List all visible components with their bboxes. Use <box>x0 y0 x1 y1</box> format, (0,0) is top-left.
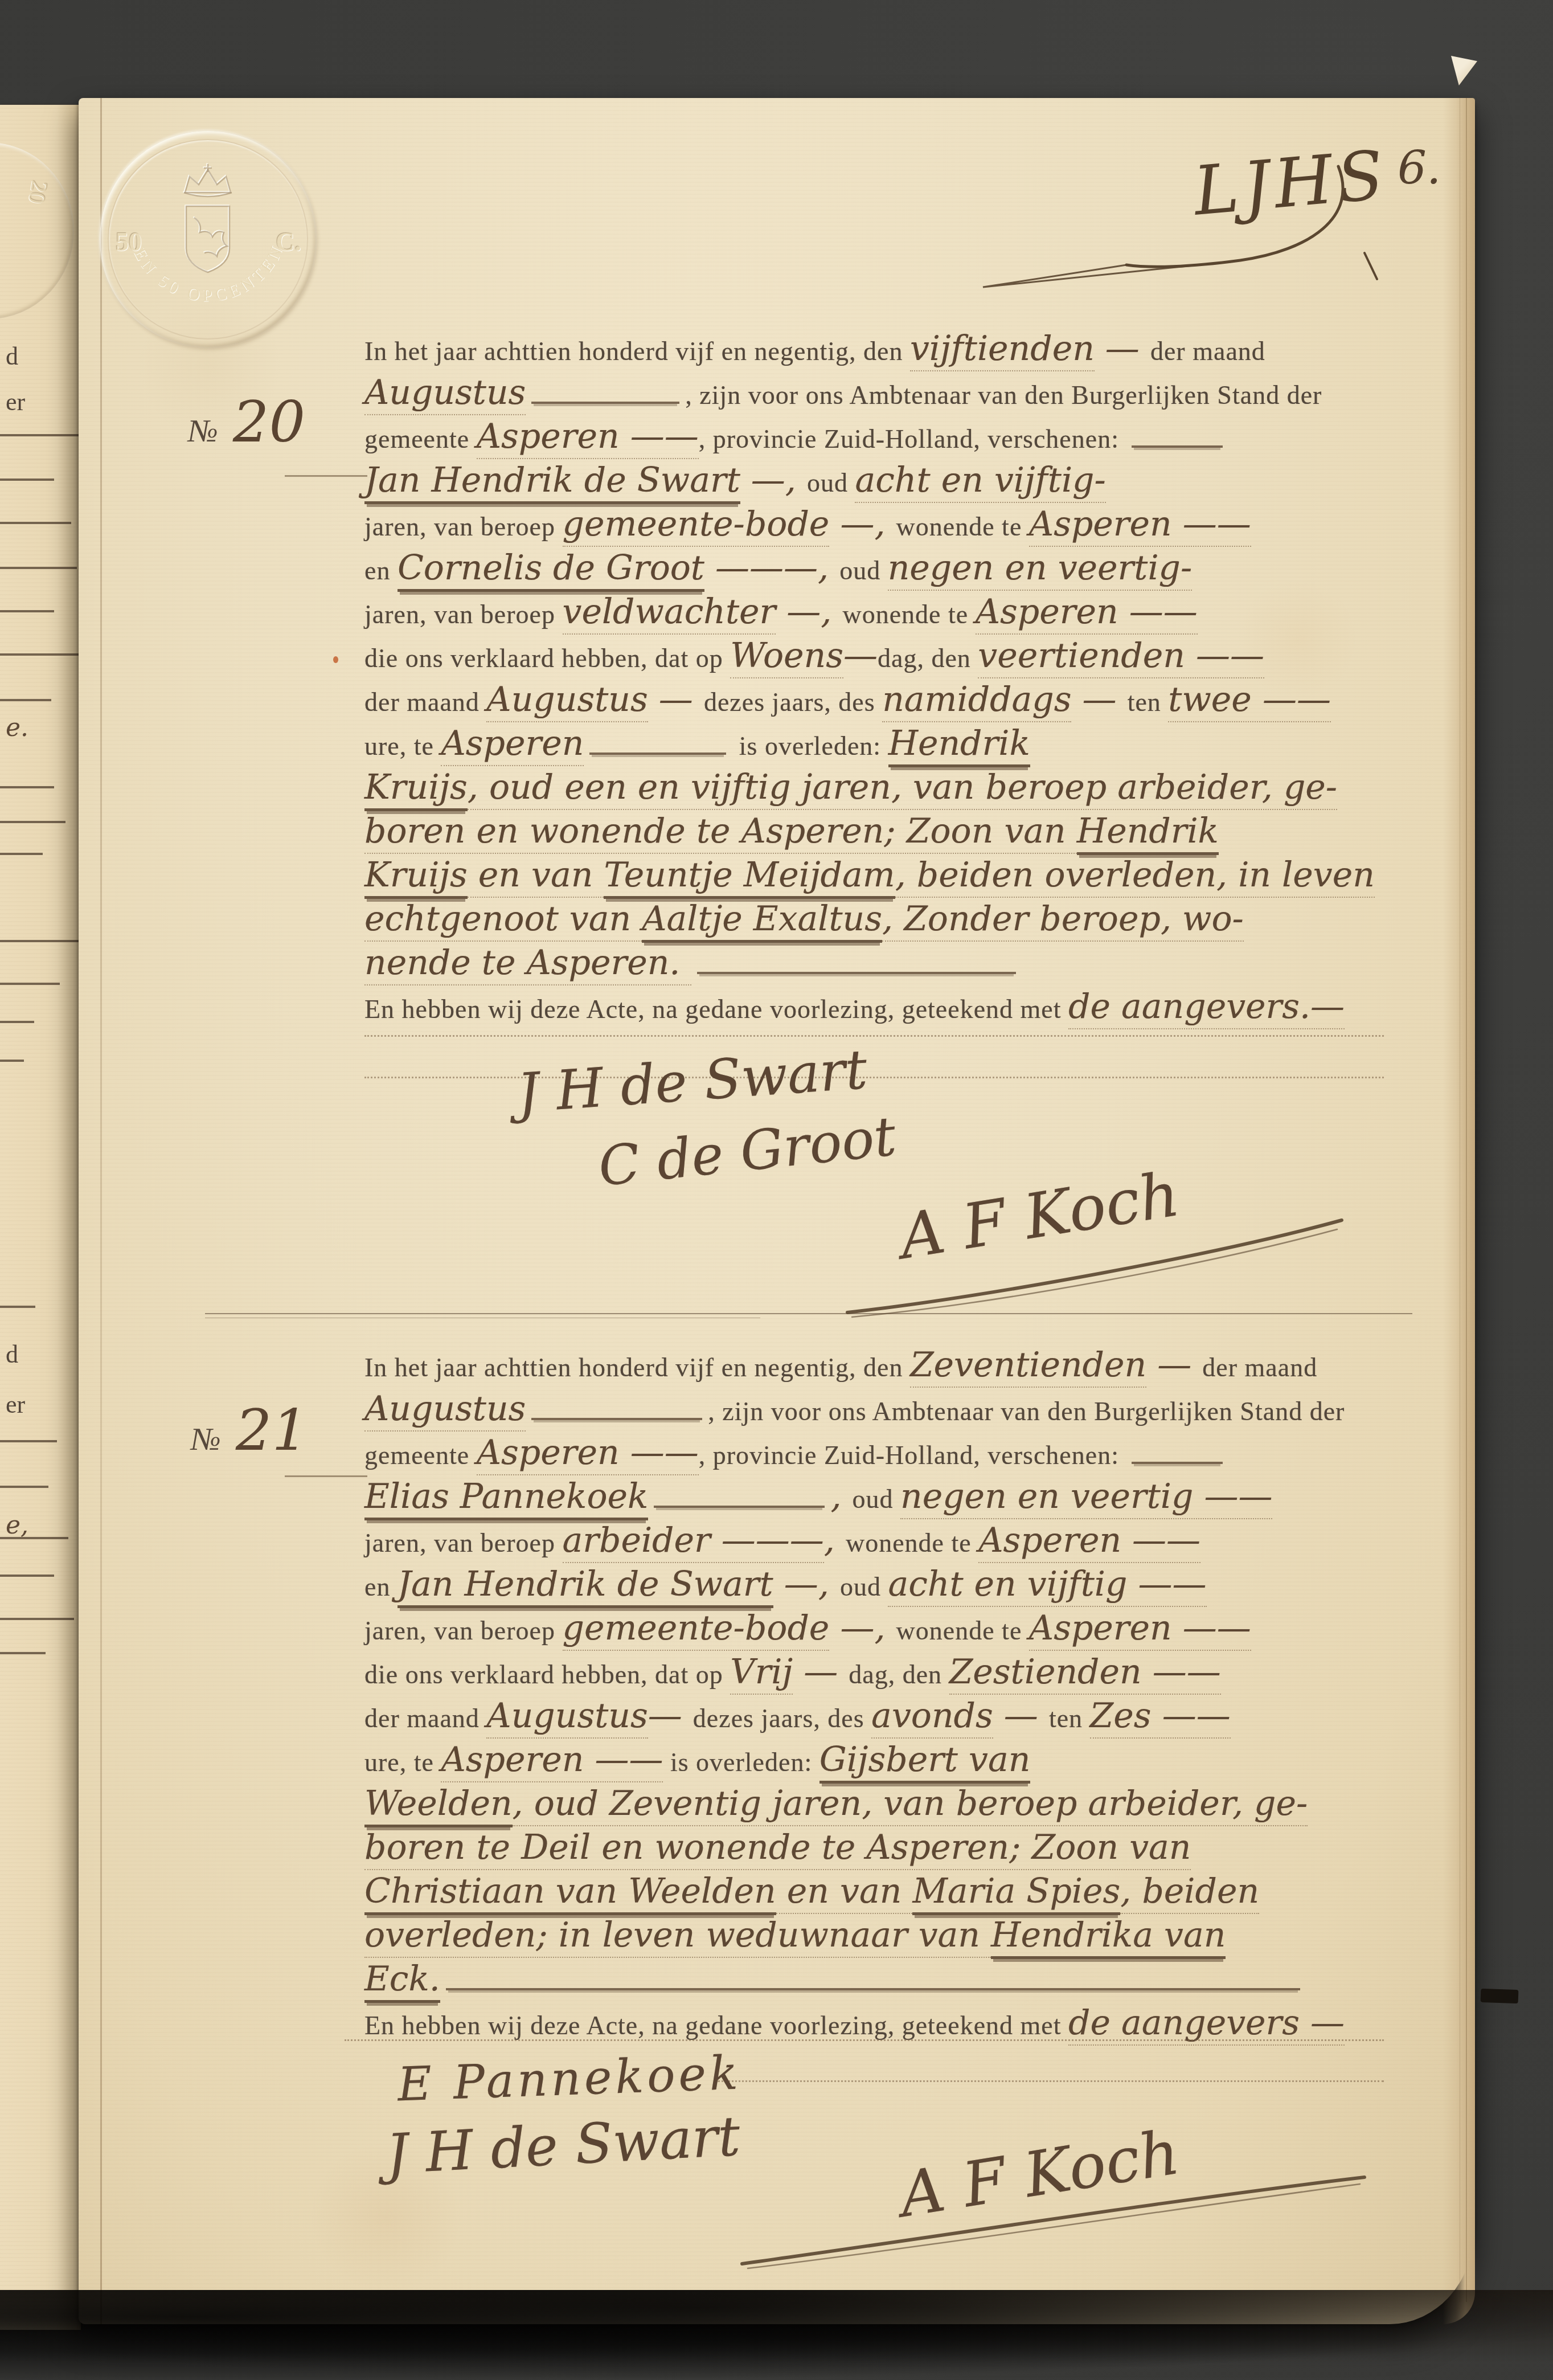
handwritten-entry: vijftienden <box>910 329 1095 371</box>
printed-form-text: is overleden: <box>663 1748 819 1777</box>
printed-form-text: dezes jaars, des <box>704 688 882 717</box>
signature-declarant-1: E Pannekoek <box>397 2046 743 2112</box>
no-value: 21 <box>236 1397 308 1463</box>
signature-rule <box>718 2080 1384 2082</box>
printed-form-text: wonende te <box>896 512 1029 541</box>
handwritten-entry: Teuntje Meijdam <box>604 855 895 899</box>
blank-rule <box>697 964 1016 974</box>
folio-number: 6. <box>1398 141 1441 194</box>
signature-registrar: A F Koch <box>895 1159 1184 1273</box>
handwritten-entry: — <box>843 636 878 676</box>
act-line: Weelden, oud Zeventig jaren, van beroep … <box>364 1782 1407 1826</box>
handwritten-entry: gemeente-bode <box>563 504 830 547</box>
handwritten-entry: en van <box>468 855 604 898</box>
handwritten-entry: Zestienden —— <box>949 1652 1221 1695</box>
margin-rule <box>285 475 367 477</box>
previous-page-edge: 20 dere.dere, <box>0 105 81 2330</box>
printed-form-text: jaren, van beroep <box>364 600 563 629</box>
fragment-rule <box>0 1440 57 1442</box>
signature-rule <box>364 1035 1384 1037</box>
act-line: Kruijs en van Teuntje Meijdam, beiden ov… <box>364 853 1407 897</box>
printed-form-text: der maand <box>1202 1353 1317 1382</box>
page-stack-edge <box>1443 98 1475 2324</box>
blank-rule <box>446 1980 1300 1990</box>
handwritten-entry: namiddags <box>882 680 1071 722</box>
act-line: en Cornelis de Groot ———, oud negen en v… <box>364 546 1407 590</box>
signature-declarant-2: J H de Swart <box>384 2104 741 2186</box>
handwritten-entry: Asperen —— <box>477 416 699 459</box>
handwritten-entry: Jan Hendrik de Swart <box>364 460 740 504</box>
fragment-rule <box>0 1021 34 1023</box>
signature-declarant-2: C de Groot <box>596 1105 899 1199</box>
printed-form-text: , provincie Zuid-Holland, verschenen: <box>699 1441 1126 1470</box>
act-line: echtgenoot van Aaltje Exaltus, Zonder be… <box>364 897 1407 941</box>
handwritten-entry: overleden; in leven weduwnaar van <box>364 1915 991 1958</box>
handwritten-entry: boren en wonende te Asperen; Zoon van <box>364 811 1077 854</box>
act-line: overleden; in leven weduwnaar van Hendri… <box>364 1913 1407 1957</box>
handwritten-entry: — <box>793 1652 849 1692</box>
handwritten-entry: Asperen —— <box>1029 1608 1251 1651</box>
handwritten-entry: , oud een en vijftig jaren, van beroep a… <box>468 767 1337 810</box>
handwritten-entry: de aangevers.— <box>1068 987 1345 1029</box>
act21-margin-number: №21 <box>191 1397 308 1463</box>
blank-rule <box>1132 1454 1223 1464</box>
printed-form-text: wonende te <box>846 1528 978 1557</box>
act-separator-rule <box>205 1313 1412 1314</box>
handwritten-entry: Asperen <box>441 723 584 766</box>
handwritten-entry: —, <box>773 1564 840 1604</box>
handwritten-entry: —, <box>829 1608 896 1648</box>
printed-form-text: oud <box>840 1572 888 1601</box>
act-line: ure, te Asperen is overleden: Hendrik <box>364 722 1407 766</box>
handwritten-entry: , beiden overleden, in leven <box>895 855 1375 898</box>
signature-rule <box>345 2039 1384 2041</box>
blank-rule <box>531 394 679 404</box>
handwritten-entry: en van <box>776 1871 913 1914</box>
handwritten-entry: acht en vijftig- <box>855 460 1105 503</box>
printed-form-text: die ons verklaard hebben, dat op <box>364 644 730 673</box>
fragment-rule <box>0 653 80 656</box>
handwritten-entry: Kruijs <box>364 855 468 899</box>
handwritten-entry: boren te Deil en wonende te Asperen; Zoo… <box>364 1827 1191 1870</box>
handwritten-entry: negen en veertig —— <box>900 1477 1272 1519</box>
fragment-rule <box>0 1486 48 1488</box>
printed-form-text: ten <box>1049 1704 1090 1733</box>
handwritten-entry: Gijsbert van <box>819 1740 1031 1784</box>
printed-form-text: gemeente <box>364 424 477 453</box>
handwritten-entry: Weelden <box>364 1784 513 1827</box>
printed-form-text: der maand <box>364 1704 486 1733</box>
handwritten-entry: veldwachter <box>563 592 776 635</box>
printed-form-text: , zijn voor ons Ambtenaar van den Burger… <box>685 381 1322 410</box>
handwritten-entry: Eck. <box>364 1959 440 2003</box>
blank-rule <box>531 1410 702 1420</box>
fragment-rule <box>0 567 77 569</box>
signature-registrar: A F Koch <box>895 2117 1184 2231</box>
printed-form-text: , provincie Zuid-Holland, verschenen: <box>699 424 1126 453</box>
handwritten-entry: Asperen —— <box>1029 504 1251 547</box>
handwritten-entry: —, <box>776 592 842 632</box>
act-line: boren te Deil en wonende te Asperen; Zoo… <box>364 1826 1407 1870</box>
act-line: Augustus, zijn voor ons Ambtenaar van de… <box>364 1387 1407 1431</box>
svg-text:EN 50 OPCENTEN: EN 50 OPCENTEN <box>130 240 288 305</box>
printed-form-text: ten <box>1128 688 1169 717</box>
fragment-rule <box>0 1618 74 1620</box>
handwritten-entry: — <box>993 1696 1049 1736</box>
handwritten-entry: Asperen —— <box>978 1520 1200 1563</box>
printed-form-text: oud <box>807 468 855 497</box>
printed-form-text: En hebben wij deze Acte, na gedane voorl… <box>364 995 1068 1024</box>
fragment-rule <box>0 853 43 855</box>
ink-fleck <box>333 656 338 663</box>
printed-form-text: dag, den <box>878 644 978 673</box>
handwritten-entry: Augustus <box>486 680 648 722</box>
handwritten-entry: gemeente-bode <box>563 1608 830 1651</box>
fragment-rule <box>0 610 54 612</box>
act-line: Jan Hendrik de Swart —, oud acht en vijf… <box>364 459 1407 502</box>
act-line: Eck. <box>364 1957 1407 2001</box>
printed-form-text: is overleden: <box>732 731 888 760</box>
handwritten-entry: Augustus <box>364 1389 526 1432</box>
fragment-rule <box>0 434 85 436</box>
act-line: In het jaar achttien honderd vijf en neg… <box>364 327 1407 371</box>
handwritten-entry: — <box>648 1696 693 1736</box>
handwritten-entry: — <box>1146 1345 1202 1385</box>
printed-form-text: jaren, van beroep <box>364 1528 563 1557</box>
handwritten-entry: ———, <box>704 548 839 588</box>
fragment-rule <box>0 1306 35 1308</box>
act-line: der maand Augustus — dezes jaars, des na… <box>364 678 1407 722</box>
printed-form-text: En hebben wij deze Acte, na gedane voorl… <box>364 2011 1068 2040</box>
mount-slit <box>1481 1989 1519 2003</box>
handwritten-entry: , <box>830 1477 852 1516</box>
blank-rule <box>589 745 726 755</box>
act-line: Elias Pannekoek, oud negen en veertig —— <box>364 1475 1407 1519</box>
printed-form-text: dezes jaars, des <box>693 1704 871 1733</box>
blank-rule <box>1132 437 1223 448</box>
handwritten-entry: Zeventienden <box>910 1345 1146 1388</box>
fragment-text: er <box>6 1390 25 1419</box>
clerk-paraph: LJHS <box>1191 135 1391 230</box>
printed-form-text: jaren, van beroep <box>364 1616 563 1645</box>
act-line: die ons verklaard hebben, dat op Vrij — … <box>364 1650 1407 1694</box>
signature-declarant-1: J H de Swart <box>515 1038 869 1126</box>
printed-form-text: dag, den <box>849 1660 949 1689</box>
act-line: gemeente Asperen ——, provincie Zuid-Holl… <box>364 415 1407 459</box>
register-page: EN 50 OPCENTEN 50 C. LJHS 6. №20 In het … <box>79 98 1475 2324</box>
handwritten-entry: Aaltje Exaltus <box>642 899 882 943</box>
act20-body-text: In het jaar achttien honderd vijf en neg… <box>364 327 1407 1029</box>
fragment-text: d <box>6 1340 18 1369</box>
printed-form-text: ure, te <box>364 1748 441 1777</box>
fragment-rule <box>0 1652 46 1654</box>
act-line: jaren, van beroep gemeente-bode —, wonen… <box>364 1606 1407 1650</box>
fragment-rule <box>0 940 91 942</box>
act20-margin-number: №20 <box>188 389 305 455</box>
stamp-arc-text: EN 50 OPCENTEN <box>130 240 288 305</box>
fragment-rule <box>0 522 71 524</box>
act-line: Kruijs, oud een en vijftig jaren, van be… <box>364 766 1407 809</box>
handwritten-entry: Elias Pannekoek <box>364 1477 648 1520</box>
fragment-text: e, <box>6 1511 28 1540</box>
handwritten-entry: — <box>1095 329 1150 369</box>
fragment-rule <box>0 1575 54 1577</box>
no-label: № <box>188 414 218 449</box>
embossed-revenue-stamp: EN 50 OPCENTEN 50 C. <box>100 131 316 347</box>
no-value: 20 <box>233 389 305 455</box>
handwritten-entry: Hendrik <box>1077 811 1219 855</box>
handwritten-entry: negen en veertig- <box>888 548 1193 591</box>
act-line: In het jaar achttien honderd vijf en neg… <box>364 1343 1407 1387</box>
handwritten-entry: Vrij <box>730 1652 793 1695</box>
handwritten-entry: avonds <box>871 1696 993 1739</box>
handwritten-entry: , Zonder beroep, wo- <box>882 899 1244 942</box>
previous-page-embossed-stamp <box>0 142 74 319</box>
printed-form-text: , zijn voor ons Ambtenaar van den Burger… <box>708 1397 1345 1426</box>
handwritten-entry: Zes —— <box>1090 1696 1231 1739</box>
act-line: Augustus, zijn voor ons Ambtenaar van de… <box>364 371 1407 415</box>
printed-form-text: In het jaar achttien honderd vijf en neg… <box>364 1353 910 1382</box>
photo-of-register-page: { "page": { "number": "6.", "paraph": "L… <box>0 0 1553 2380</box>
handwritten-entry: Asperen —— <box>441 1740 663 1782</box>
printed-form-text: die ons verklaard hebben, dat op <box>364 1660 730 1689</box>
fragment-rule <box>0 1537 68 1539</box>
handwritten-entry: veertienden —— <box>978 636 1264 678</box>
stamp-value-left: 50 <box>116 227 142 257</box>
printed-form-text: wonende te <box>842 600 975 629</box>
fragment-rule <box>0 1060 24 1062</box>
no-label: № <box>191 1422 221 1457</box>
handwritten-entry: echtgenoot van <box>364 899 642 942</box>
handwritten-entry: , beiden <box>1120 1871 1259 1914</box>
handwritten-entry: , oud Zeventig jaren, van beroep arbeide… <box>513 1784 1308 1826</box>
printed-form-text: en <box>364 556 398 585</box>
act-line: jaren, van beroep veldwachter —, wonende… <box>364 590 1407 634</box>
printed-form-text: ure, te <box>364 731 441 760</box>
act-line: ure, te Asperen —— is overleden: Gijsber… <box>364 1738 1407 1782</box>
act-line: En hebben wij deze Acte, na gedane voorl… <box>364 2001 1407 2045</box>
handwritten-entry: Asperen —— <box>976 592 1198 635</box>
stamp-value-right: C. <box>276 227 301 257</box>
blank-rule <box>654 1498 825 1508</box>
binding-crease <box>100 98 102 2324</box>
handwritten-entry: — <box>1071 680 1127 719</box>
handwritten-entry: , <box>824 1520 846 1560</box>
handwritten-entry: Asperen —— <box>477 1433 699 1475</box>
act21-body-text: In het jaar achttien honderd vijf en neg… <box>364 1343 1407 2045</box>
printed-form-text: In het jaar achttien honderd vijf en neg… <box>364 337 910 366</box>
printed-form-text: gemeente <box>364 1441 477 1470</box>
handwritten-entry: nende te Asperen. <box>364 943 691 985</box>
handwritten-entry: acht en vijftig —— <box>888 1564 1206 1607</box>
handwritten-entry: Hendrik <box>888 723 1030 767</box>
fragment-rule <box>0 821 65 823</box>
handwritten-entry: Christiaan van Weelden <box>364 1871 776 1915</box>
printed-form-text: en <box>364 1572 398 1601</box>
act-line: jaren, van beroep arbeider ———, wonende … <box>364 1519 1407 1563</box>
fragment-text: e. <box>6 713 28 742</box>
handwritten-entry: Cornelis de Groot <box>398 548 704 592</box>
printed-form-text: der maand <box>1150 337 1265 366</box>
handwritten-entry: — <box>648 680 704 719</box>
printed-form-text: oud <box>853 1485 901 1514</box>
margin-rule <box>285 1475 367 1477</box>
act-line: gemeente Asperen ——, provincie Zuid-Holl… <box>364 1431 1407 1475</box>
fragment-text: d <box>6 342 18 371</box>
fragment-text: er <box>6 387 25 416</box>
handwritten-entry: —, <box>829 504 896 544</box>
handwritten-entry: Hendrika van <box>991 1915 1226 1959</box>
act-line: jaren, van beroep gemeente-bode —, wonen… <box>364 502 1407 546</box>
handwritten-entry: Maria Spies <box>912 1871 1120 1915</box>
handwritten-entry: Jan Hendrik de Swart <box>398 1564 773 1608</box>
fragment-rule <box>0 786 54 788</box>
fragment-rule <box>0 699 51 701</box>
printed-form-text: jaren, van beroep <box>364 512 563 541</box>
handwritten-entry: arbeider ——— <box>563 1520 824 1563</box>
fragment-rule <box>0 479 54 481</box>
printed-form-text: der maand <box>364 688 486 717</box>
act-line: En hebben wij deze Acte, na gedane voorl… <box>364 985 1407 1029</box>
handwritten-entry: Augustus <box>364 373 526 415</box>
printed-form-text: wonende te <box>896 1616 1029 1645</box>
fragment-rule <box>0 983 60 985</box>
handwritten-entry: Augustus <box>486 1696 648 1739</box>
act-line: die ons verklaard hebben, dat op Woens—d… <box>364 634 1407 678</box>
act-line: boren en wonende te Asperen; Zoon van He… <box>364 809 1407 853</box>
handwritten-entry: Woens <box>730 636 843 678</box>
torn-page-corner <box>1451 56 1477 85</box>
printed-form-text: oud <box>839 556 888 585</box>
act-line: der maand Augustus— dezes jaars, des avo… <box>364 1694 1407 1738</box>
act-line: en Jan Hendrik de Swart —, oud acht en v… <box>364 1563 1407 1606</box>
act-line: nende te Asperen. <box>364 941 1407 985</box>
handwritten-entry: twee —— <box>1168 680 1331 722</box>
handwritten-entry: —, <box>740 460 807 500</box>
act-line: Christiaan van Weelden en van Maria Spie… <box>364 1870 1407 1913</box>
handwritten-entry: Kruijs <box>364 767 468 811</box>
previous-page-stamp-value: 20 <box>23 179 53 206</box>
